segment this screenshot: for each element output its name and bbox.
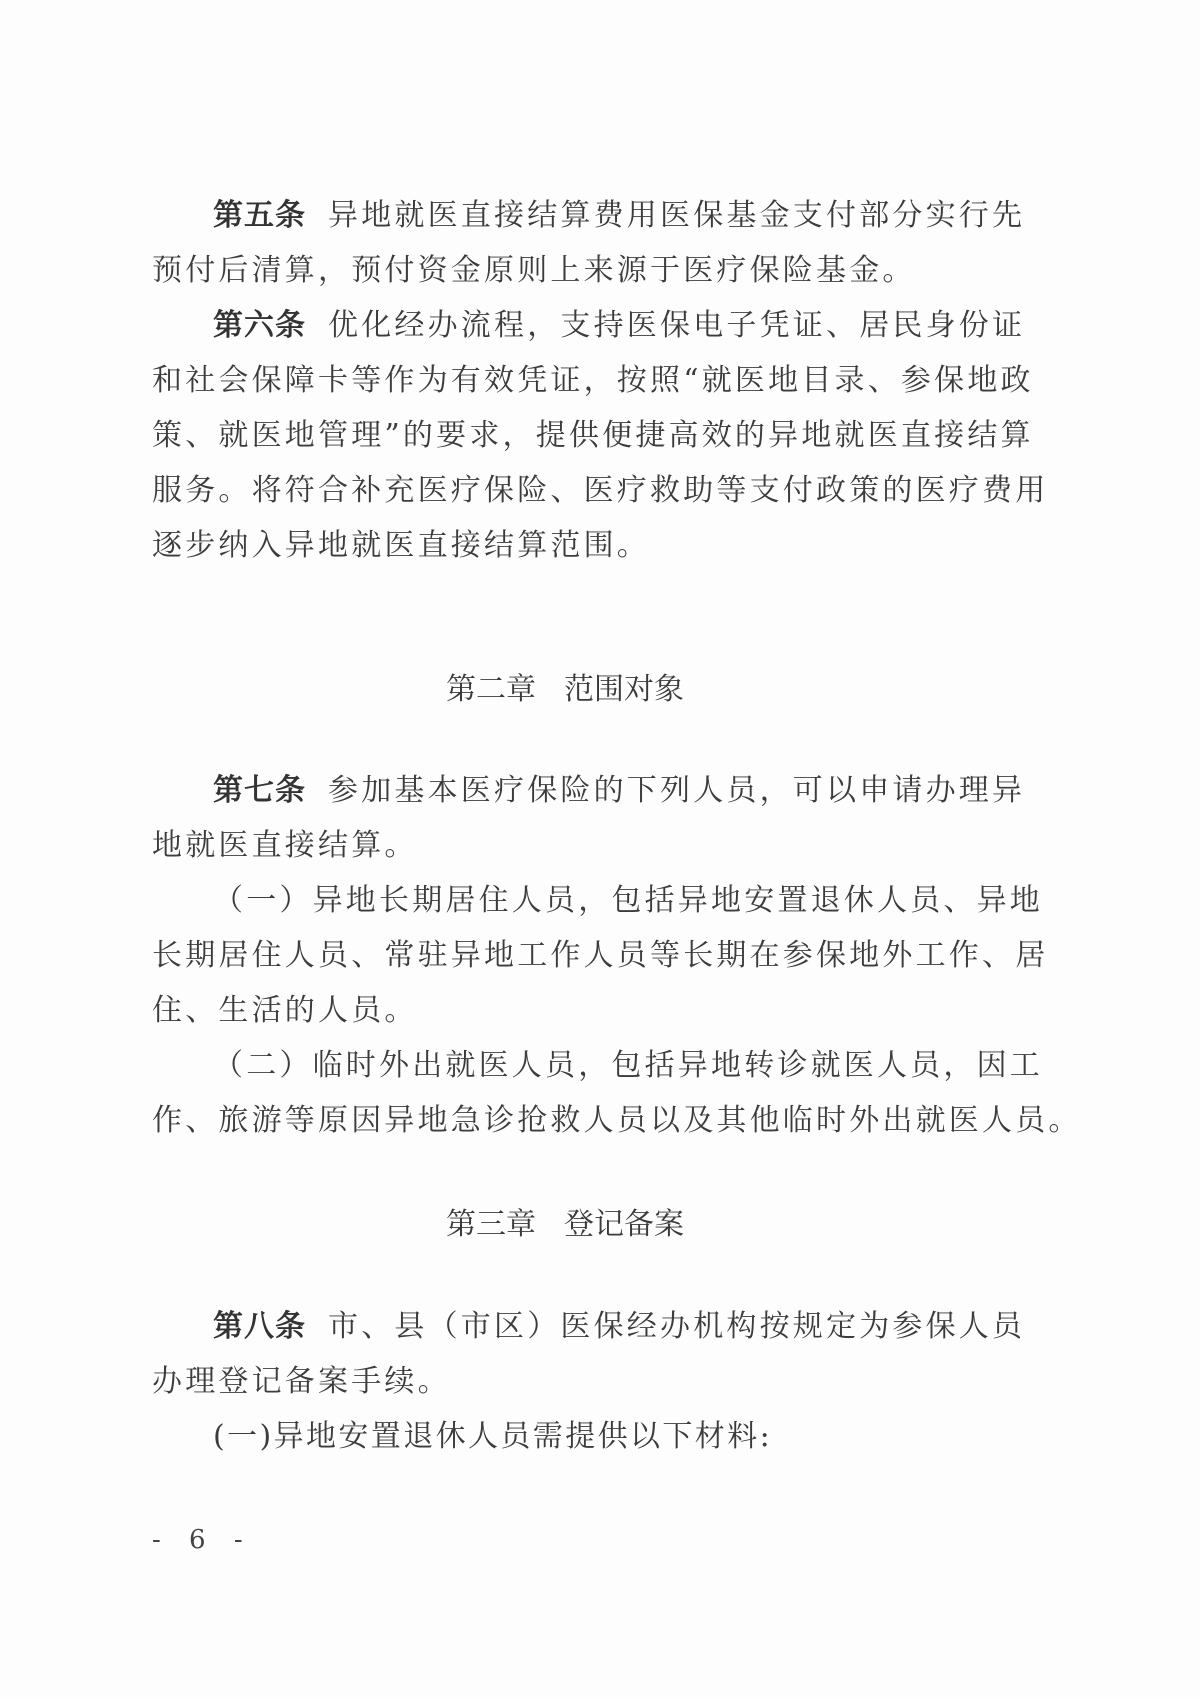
- article-8-line-1: 第八条市、县（市区）医保经办机构按规定为参保人员: [213, 1307, 1033, 1347]
- article-8-label: 第八条: [213, 1309, 306, 1344]
- article-8-text: 市、县（市区）医保经办机构按规定为参保人员: [328, 1309, 1025, 1344]
- article-5-line-2: 预付后清算，预付资金原则上来源于医疗保险基金。: [152, 251, 972, 291]
- article-5-text: 异地就医直接结算费用医保基金支付部分实行先: [328, 198, 1025, 233]
- article-7-item-2-line-1: （二）临时外出就医人员，包括异地转诊就医人员，因工: [213, 1046, 1033, 1086]
- article-5-label: 第五条: [213, 198, 306, 233]
- article-5-line-1: 第五条异地就医直接结算费用医保基金支付部分实行先: [213, 196, 1033, 236]
- chapter-2-heading: 第二章范围对象: [0, 670, 1130, 710]
- article-7-label: 第七条: [213, 773, 306, 808]
- article-7-item-1-line-1: （一）异地长期居住人员，包括异地安置退休人员、异地: [213, 881, 1033, 921]
- chapter-3-number: 第三章: [446, 1207, 536, 1242]
- article-7-item-1-line-3: 住、生活的人员。: [152, 991, 972, 1031]
- article-6-line-4: 服务。将符合补充医疗保险、医疗救助等支付政策的医疗费用: [152, 471, 972, 511]
- article-7-text: 参加基本医疗保险的下列人员，可以申请办理异: [328, 773, 1025, 808]
- article-7-item-2-line-2: 作、旅游等原因异地急诊抢救人员以及其他临时外出就医人员。: [152, 1101, 972, 1141]
- article-6-text: 优化经办流程，支持医保电子凭证、居民身份证: [328, 308, 1025, 343]
- article-6-label: 第六条: [213, 308, 306, 343]
- chapter-2-number: 第二章: [446, 672, 536, 707]
- article-7-item-1-line-2: 长期居住人员、常驻异地工作人员等长期在参保地外工作、居: [152, 936, 972, 976]
- document-page: 第五条异地就医直接结算费用医保基金支付部分实行先 预付后清算，预付资金原则上来源…: [0, 0, 1200, 1697]
- article-6-line-3: 策、就医地管理”的要求，提供便捷高效的异地就医直接结算: [152, 416, 972, 456]
- chapter-3-title: 登记备案: [564, 1207, 684, 1242]
- article-7-line-2: 地就医直接结算。: [152, 826, 972, 866]
- chapter-2-title: 范围对象: [564, 672, 684, 707]
- article-7-line-1: 第七条参加基本医疗保险的下列人员，可以申请办理异: [213, 771, 1033, 811]
- article-6-line-2: 和社会保障卡等作为有效凭证，按照“就医地目录、参保地政: [152, 361, 972, 401]
- chapter-3-heading: 第三章登记备案: [0, 1205, 1130, 1245]
- page-number: - 6 -: [152, 1525, 253, 1555]
- article-8-line-2: 办理登记备案手续。: [152, 1362, 972, 1402]
- article-6-line-1: 第六条优化经办流程，支持医保电子凭证、居民身份证: [213, 306, 1033, 346]
- article-8-item-1-line-1: (一)异地安置退休人员需提供以下材料:: [213, 1417, 1033, 1457]
- article-6-line-5: 逐步纳入异地就医直接结算范围。: [152, 526, 972, 566]
